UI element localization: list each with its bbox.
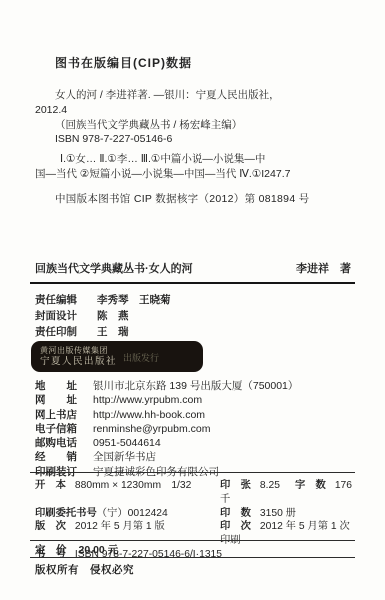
price-value: 20.00 元 — [79, 542, 119, 557]
cip-series-note: （回族当代文学典藏丛书 / 杨宏峰主编） — [35, 118, 357, 133]
staff-value: 李秀琴 王晓菊 — [97, 293, 171, 309]
contact-row-online-store: 网上书店 http://www.hh-book.com — [35, 408, 360, 422]
contact-row-mail-order-phone: 邮购电话 0951-5044614 — [35, 436, 360, 450]
contact-block: 地 址 银川市北京东路 139 号出版大厦（750001） 网 址 http:/… — [35, 379, 360, 479]
spec-row-format: 开 本880mm × 1230mm 1/32 印 张8.25字 数176 千 — [35, 479, 355, 507]
spec-sheets-wordcount: 印 张8.25字 数176 千 — [220, 479, 355, 507]
spec-print-permit: 印刷委托书号（宁）0012424 — [35, 507, 220, 521]
staff-row-cover-design: 封面设计 陈 燕 — [35, 309, 171, 325]
publisher-stamp-logo: 黄河出版传媒集团 宁夏人民出版社 出版发行 — [31, 341, 203, 372]
cip-bib-line2: 2012.4 — [35, 103, 357, 118]
contact-row-address: 地 址 银川市北京东路 139 号出版大厦（750001） — [35, 379, 360, 393]
publisher-role-label: 出版发行 — [123, 349, 159, 364]
spec-value: 8.25 — [260, 480, 280, 491]
author-name: 李进祥 著 — [296, 260, 351, 276]
spec-label: 字 数 — [295, 480, 326, 491]
spec-label: 版 次 — [35, 521, 66, 532]
spec-label: 印刷委托书号 — [35, 508, 97, 519]
contact-label: 网上书店 — [35, 408, 93, 422]
staff-label: 封面设计 — [35, 309, 97, 325]
contact-value: renminshe@yrpubm.com — [93, 422, 210, 436]
publisher-group-name: 黄河出版传媒集团 — [40, 345, 117, 356]
contact-label: 邮购电话 — [35, 436, 93, 450]
spec-label: 印 张 — [220, 480, 251, 491]
spec-label: 开 本 — [35, 480, 66, 491]
spec-value: 880mm × 1230mm 1/32 — [75, 480, 191, 491]
contact-value: 0951-5044614 — [93, 436, 161, 450]
cip-bib-line1: 女人的河 / 李进祥著. —银川：宁夏人民出版社， — [35, 88, 357, 103]
cip-isbn: ISBN 978-7-227-05146-6 — [35, 132, 357, 147]
cip-registry-number: 中国版本图书馆 CIP 数据核字（2012）第 081894 号 — [55, 191, 309, 206]
cip-class-line2: 国—当代 ②短篇小说—小说集—中国—当代 Ⅳ.①I247.7 — [35, 167, 357, 182]
spec-format: 开 本880mm × 1230mm 1/32 — [35, 479, 220, 507]
series-title: 回族当代文学典藏丛书·女人的河 — [35, 260, 193, 276]
spec-print-run: 印 数3150 册 — [220, 507, 355, 521]
staff-value: 陈 燕 — [97, 309, 129, 325]
title-bar: 回族当代文学典藏丛书·女人的河 李进祥 著 — [30, 258, 355, 284]
staff-row-editor: 责任编辑 李秀琴 王晓菊 — [35, 293, 171, 309]
contact-label: 网 址 — [35, 393, 93, 407]
colophon-page: 图书在版编目(CIP)数据 女人的河 / 李进祥著. —银川：宁夏人民出版社， … — [0, 0, 385, 600]
cip-class-line1: Ⅰ.①女… Ⅱ.①李… Ⅲ.①中篇小说—小说集—中 — [35, 152, 357, 167]
staff-value: 王 瑞 — [97, 325, 129, 341]
cip-heading: 图书在版编目(CIP)数据 — [55, 54, 192, 71]
spec-value: 3150 册 — [260, 508, 296, 519]
spec-row-permit: 印刷委托书号（宁）0012424 印 数3150 册 — [35, 507, 355, 521]
cip-bibliography: 女人的河 / 李进祥著. —银川：宁夏人民出版社， 2012.4 （回族当代文学… — [35, 88, 357, 147]
spec-label: 印 次 — [220, 521, 251, 532]
spec-label: 印 数 — [220, 508, 251, 519]
publisher-press-name: 宁夏人民出版社 — [40, 356, 117, 368]
contact-value: 全国新华书店 — [93, 450, 156, 464]
contact-label: 电子信箱 — [35, 422, 93, 436]
contact-row-distribution: 经 销 全国新华书店 — [35, 450, 360, 464]
staff-row-print-supervisor: 责任印制 王 瑞 — [35, 325, 171, 341]
publisher-stamp-text: 黄河出版传媒集团 宁夏人民出版社 — [40, 345, 117, 368]
contact-row-email: 电子信箱 renminshe@yrpubm.com — [35, 422, 360, 436]
contact-label: 经 销 — [35, 450, 93, 464]
staff-label: 责任编辑 — [35, 293, 97, 309]
contact-row-website: 网 址 http://www.yrpubm.com — [35, 393, 360, 407]
contact-label: 地 址 — [35, 379, 93, 393]
staff-label: 责任印制 — [35, 325, 97, 341]
cip-classification: Ⅰ.①女… Ⅱ.①李… Ⅲ.①中篇小说—小说集—中 国—当代 ②短篇小说—小说集… — [35, 152, 357, 181]
contact-value: http://www.yrpubm.com — [93, 393, 202, 407]
contact-value: http://www.hh-book.com — [93, 408, 205, 422]
price-label: 定 价 — [35, 542, 67, 557]
staff-block: 责任编辑 李秀琴 王晓菊 封面设计 陈 燕 责任印制 王 瑞 — [35, 293, 171, 340]
price-bar: 定 价 20.00 元 — [30, 540, 355, 558]
spec-value: （宁）0012424 — [97, 508, 168, 519]
contact-value: 银川市北京东路 139 号出版大厦（750001） — [93, 379, 298, 393]
spec-value: 2012 年 5 月第 1 版 — [75, 521, 165, 532]
copyright-notice: 版权所有 侵权必究 — [35, 562, 134, 577]
